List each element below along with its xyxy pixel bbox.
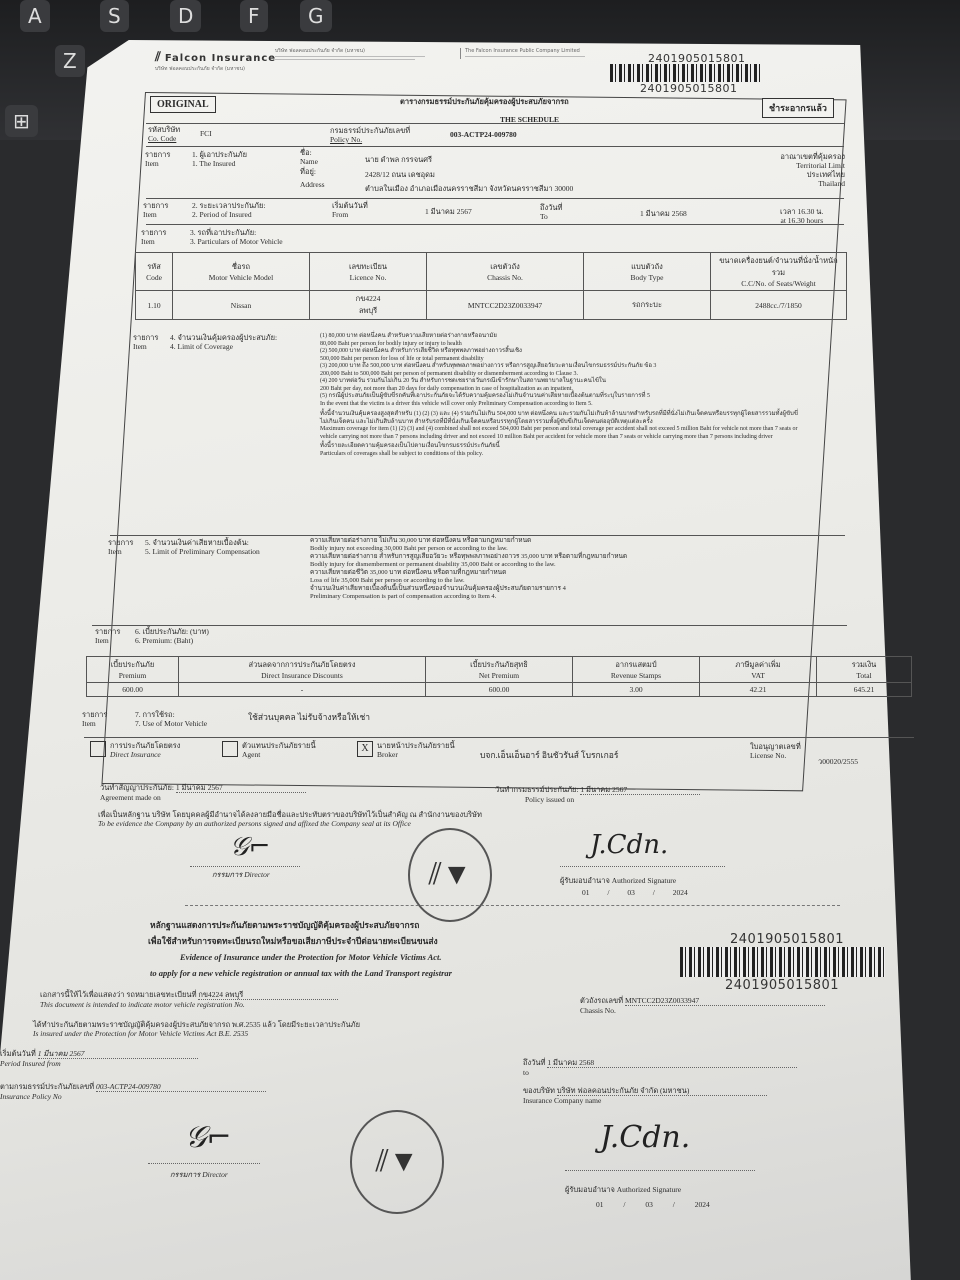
insured-label-th: 1. ผู้เอาประกันภัย <box>192 150 247 159</box>
co-code-label-en: Co. Code <box>148 134 180 143</box>
schedule-title-thai: ตารางกรมธรรม์ประกันภัยคุ้มครองผู้ประสบภั… <box>400 97 569 106</box>
item-label-en: Item <box>133 342 158 351</box>
insured-label-en: 1. The Insured <box>192 159 247 168</box>
period-time: เวลา 16.30 น. at 16.30 hours <box>780 207 823 225</box>
col-th: รหัส <box>139 261 169 273</box>
policy-no-label-th: กรมธรรม์ประกันภัยเลขที่ <box>330 126 410 135</box>
company-address-thai: บริษัท ฟอลคอนประกันภัย จำกัด (มหาชน) <box>275 48 455 62</box>
premium-label-en: 6. Premium: (Baht) <box>135 636 209 645</box>
col-th: อากรแสตมป์ <box>576 659 696 671</box>
coverage-line-th: (5) กรณีผู้ประสบภัยเป็นผู้ขับขี่รถคันที่… <box>320 393 800 401</box>
sig-day: 01 <box>596 1200 604 1209</box>
col-en: Total <box>820 671 908 680</box>
director-signature-2: 𝒢⌐ <box>185 1120 232 1155</box>
coverage-max-th: ทั้งนี้จำนวนเงินคุ้มครองสูงสุดสำหรับ (1)… <box>320 411 800 426</box>
cert-policy-th: ตามกรมธรรม์ประกันภัยเลขที่ <box>0 1082 94 1091</box>
preliminary-line: ความเสียหายต่อชีวิต 35,000 บาท ต่อหนึ่งค… <box>310 569 830 585</box>
territory-value-en: Thailand <box>760 179 845 188</box>
period-to: ถึงวันที่ 1 มีนาคม 2568 to <box>523 1058 797 1077</box>
col-th: รวมเงิน <box>820 659 908 671</box>
address-label-en: Address <box>300 180 325 189</box>
item-label-th: รายการ <box>141 228 166 237</box>
certificate-title-en-1: Evidence of Insurance under the Protecti… <box>180 952 442 963</box>
col-en: Revenue Stamps <box>576 671 696 680</box>
preliminary-line-th: จำนวนเงินค่าเสียหายเบื้องต้นนี้เป็นส่วนห… <box>310 585 830 593</box>
col-en: Direct Insurance Discounts <box>182 671 422 680</box>
co-code-label: รหัสบริษัท Co. Code <box>148 125 180 143</box>
cert-policy-value: 003-ACTP24-009780 <box>96 1082 266 1092</box>
agreement-date-value: 1 มีนาคม 2567 <box>176 783 306 793</box>
sig-year: 2024 <box>673 888 688 897</box>
chassis-value: MNTCC2D23Z0033947 <box>625 996 825 1006</box>
reg-label-th: เอกสารนี้ให้ไว้เพื่อแสดงว่า รถหมายเลขทะเ… <box>40 990 197 999</box>
coverage-note-th: ทั้งนี้รายละเอียดความคุ้มครองเป็นไปตามเง… <box>320 443 800 451</box>
sig-year: 2024 <box>695 1200 710 1209</box>
issued-date: วันทำกรมธรรม์ประกันภัย: 1 มีนาคม 2567 Po… <box>495 785 700 804</box>
item-7-label: รายการ Item <box>82 710 107 728</box>
preliminary-line-en: Loss of life 35,000 Baht per person or a… <box>310 577 830 585</box>
vat-value: 42.21 <box>700 683 817 697</box>
premium-table: เบี้ยประกันภัยPremium ส่วนลดจากการประกัน… <box>86 656 912 697</box>
item-label-en: Item <box>141 237 166 246</box>
license-no: ว00020/2555 <box>818 757 858 766</box>
col-en: Premium <box>90 671 175 680</box>
cert-to-en: to <box>523 1068 797 1077</box>
col-en: Licence No. <box>313 273 423 282</box>
total-value: 645.21 <box>817 683 912 697</box>
item-label-en: Item <box>82 719 107 728</box>
vehicle-label-th: 3. รถที่เอาประกันภัย: <box>190 228 283 237</box>
agent-th: ตัวแทนประกันภัยรายนี้ <box>242 741 316 750</box>
stamp-duty-paid-box: ชำระอากรแล้ว <box>762 98 834 118</box>
coverage-line: (4) 200 บาทต่อวัน รวมกันไม่เกิน 20 วัน ส… <box>320 378 800 393</box>
use-label-th: 7. การใช้รถ: <box>135 710 207 719</box>
coverage-line-en: 500,000 Baht per person for loss of life… <box>320 356 800 364</box>
certificate-barcode <box>680 947 885 977</box>
channel-agent: ตัวแทนประกันภัยรายนี้Agent <box>222 741 316 759</box>
item-label-en: Item <box>143 210 168 219</box>
col-th: เบี้ยประกันภัยสุทธิ <box>429 659 569 671</box>
director-label: กรรมการ Director <box>212 870 270 879</box>
period-from: เริ่มต้นวันที่ 1 มีนาคม 2567 Period Insu… <box>0 1049 198 1068</box>
insured-name: นาย ดำพล กรรจนศรี <box>365 155 432 164</box>
vehicle-table-header: รหัสCode ชื่อรถMotor Vehicle Model เลขทะ… <box>136 253 847 291</box>
channel-broker: X นายหน้าประกันภัยรายนี้Broker <box>357 741 455 759</box>
evidence-th: เพื่อเป็นหลักฐาน บริษัท โดยบุคคลผู้มีอำน… <box>98 810 698 819</box>
reg-value: กข4224 ลพบุรี <box>198 990 338 1000</box>
col-th: ชื่อรถ <box>176 261 306 273</box>
cert-policy-no: ตามกรมธรรม์ประกันภัยเลขที่ 003-ACTP24-00… <box>0 1082 266 1101</box>
item-label-en: Item <box>108 547 133 556</box>
preliminary-line-th: ความเสียหายต่อร่างกาย ไม่เกิน 30,000 บาท… <box>310 537 830 545</box>
item-label-th: รายการ <box>82 710 107 719</box>
certificate-title-en-2: to apply for a new vehicle registration … <box>150 968 452 979</box>
period-label: 2. ระยะเวลาประกันภัย: 2. Period of Insur… <box>192 201 265 219</box>
address-placeholder <box>275 56 425 57</box>
coverage-line-th: (3) 200,000 บาท ถึง 500,000 บาท ต่อหนึ่ง… <box>320 363 800 371</box>
item-label-th: รายการ <box>133 333 158 342</box>
name-label-en: Name <box>300 157 318 166</box>
cert-company-value: บริษัท ฟอลคอนประกันภัย จำกัด (มหาชน) <box>557 1086 767 1096</box>
chassis-no: ตัวถังรถเลขที่ MNTCC2D23Z0033947 Chassis… <box>580 996 825 1015</box>
coverage-max-en: Maximum coverage for item (1) (2) (3) an… <box>320 426 800 441</box>
cert-to-date: 1 มีนาคม 2568 <box>547 1058 797 1068</box>
insured-statement-th: ได้ทำประกันภัยตามพระราชบัญญัติคุ้มครองผู… <box>33 1020 553 1029</box>
territory-label-en: Territorial Limit <box>760 161 845 170</box>
period-label-en: 2. Period of Insured <box>192 210 265 219</box>
signature-date-2: 01 / 03 / 2024 <box>596 1200 710 1209</box>
licence-plate: กข4224 <box>313 293 423 305</box>
co-code-label-th: รหัสบริษัท <box>148 125 180 134</box>
preliminary-label: 5. จำนวนเงินค่าเสียหายเบื้องต้น: 5. Limi… <box>145 538 260 556</box>
preliminary-line-en: Bodily injury not exceeding 30,000 Baht … <box>310 545 830 553</box>
agent-checkbox[interactable] <box>222 741 238 757</box>
period-label-th: 2. ระยะเวลาประกันภัย: <box>192 201 265 210</box>
policy-no-label-en: Policy No. <box>330 135 410 144</box>
col-stamps: อากรแสตมป์Revenue Stamps <box>573 657 700 683</box>
item-4-label: รายการ Item <box>133 333 158 351</box>
license-label-en: License No. <box>750 751 801 760</box>
direct-insurance-checkbox[interactable] <box>90 741 106 757</box>
agreement-date: วันทำสัญญาประกันภัย: 1 มีนาคม 2567 Agree… <box>100 783 306 802</box>
authorized-signature-2: J.Cdn. <box>600 1120 690 1155</box>
use-value: ใช้ส่วนบุคคล ไม่รับจ้างหรือให้เช่า <box>248 712 370 723</box>
certificate-title-th-2: เพื่อใช้สำหรับการจดทะเบียนรถใหม่หรือขอเส… <box>148 936 438 947</box>
coverage-line-th: (2) 500,000 บาท ต่อหนึ่งคน สำหรับการเสีย… <box>320 348 800 356</box>
use-label: 7. การใช้รถ: 7. Use of Motor Vehicle <box>135 710 207 728</box>
insured-statement-en: Is insured under the Protection for Moto… <box>33 1029 553 1038</box>
item-1-label: รายการ Item <box>145 150 170 168</box>
vehicle-label-en: 3. Particulars of Motor Vehicle <box>190 237 283 246</box>
direct-th: การประกันภัยโดยตรง <box>110 741 180 750</box>
coverage-label-th: 4. จำนวนเงินคุ้มครองผู้ประสบภัย: <box>170 333 277 342</box>
col-code: รหัสCode <box>136 253 173 291</box>
chassis-label-th: ตัวถังรถเลขที่ <box>580 996 623 1005</box>
premium-table-header: เบี้ยประกันภัยPremium ส่วนลดจากการประกัน… <box>87 657 912 683</box>
coverage-line: (2) 500,000 บาท ต่อหนึ่งคน สำหรับการเสีย… <box>320 348 800 363</box>
col-model: ชื่อรถMotor Vehicle Model <box>173 253 310 291</box>
certificate-barcode-number-bottom: 2401905015801 <box>725 978 839 993</box>
col-body-type: แบบตัวถังBody Type <box>584 253 711 291</box>
licence-province: ลพบุรี <box>313 305 423 317</box>
premium-value: 600.00 <box>87 683 179 697</box>
net-premium-value: 600.00 <box>426 683 573 697</box>
issued-label-en: Policy issued on <box>495 795 700 804</box>
coverage-line-en: 200 Baht per day, not more than 20 days … <box>320 386 800 394</box>
co-code-value: FCI <box>200 129 212 138</box>
col-th: ขนาดเครื่องยนต์/จำนวนที่นั่ง/น้ำหนักรวม <box>714 255 843 279</box>
broker-checkbox[interactable]: X <box>357 741 373 757</box>
territory-label-th: อาณาเขตที่คุ้มครอง <box>760 152 845 161</box>
col-chassis: เลขตัวถังChassis No. <box>427 253 584 291</box>
insurance-document: ⫽ Falcon Insurance บริษัท ฟอลคอนประกันภั… <box>0 0 960 1280</box>
broker-en: Broker <box>377 750 455 759</box>
company-name-en: The Falcon Insurance Public Company Limi… <box>465 48 605 54</box>
discount-value: - <box>179 683 426 697</box>
territory-value-th: ประเทศไทย <box>760 170 845 179</box>
cert-from-date: 1 มีนาคม 2567 <box>38 1049 198 1059</box>
insured-statement: ได้ทำประกันภัยตามพระราชบัญญัติคุ้มครองผู… <box>33 1020 553 1038</box>
preliminary-details: ความเสียหายต่อร่างกาย ไม่เกิน 30,000 บาท… <box>310 537 830 601</box>
agreement-label-th: วันทำสัญญาประกันภัย: <box>100 783 174 792</box>
col-th: ภาษีมูลค่าเพิ่ม <box>703 659 813 671</box>
preliminary-line: ความเสียหายต่อร่างกาย สำหรับการสูญเสียอว… <box>310 553 830 569</box>
address-label: ที่อยู่: Address <box>300 167 325 189</box>
coverage-details: (1) 80,000 บาท ต่อหนึ่งคน สำหรับความเสีย… <box>320 333 800 458</box>
chassis-label-en: Chassis No. <box>580 1006 825 1015</box>
vehicle-licence: กข4224ลพบุรี <box>310 291 427 320</box>
direct-en: Direct Insurance <box>110 750 180 759</box>
cert-from-en: Period Insured from <box>0 1059 198 1068</box>
cert-policy-en: Insurance Policy No <box>0 1092 266 1101</box>
period-to-date: 1 มีนาคม 2568 <box>640 209 687 218</box>
authorized-label: ผู้รับมอบอำนาจ Authorized Signature <box>560 876 676 885</box>
from-label: เริ่มต้นวันที่ From <box>332 201 368 219</box>
col-en: Body Type <box>587 273 707 282</box>
vehicle-body-type: รถกระบะ <box>584 291 711 320</box>
col-net-premium: เบี้ยประกันภัยสุทธิNet Premium <box>426 657 573 683</box>
cert-from-th: เริ่มต้นวันที่ <box>0 1049 36 1058</box>
channel-direct: การประกันภัยโดยตรงDirect Insurance <box>90 741 180 759</box>
certificate-title-th-1: หลักฐานแสดงการประกันภัยตามพระราชบัญญัติค… <box>150 920 419 931</box>
preliminary-line-en: Preliminary Compensation is part of comp… <box>310 593 830 601</box>
preliminary-line-en: Bodily injury for dismemberment or perma… <box>310 561 830 569</box>
evidence-en: To be evidence the Company by an authori… <box>98 819 698 828</box>
col-licence: เลขทะเบียนLicence No. <box>310 253 427 291</box>
item-6-label: รายการ Item <box>95 627 120 645</box>
company-logo: ⫽ Falcon Insurance บริษัท ฟอลคอนประกันภั… <box>155 48 276 72</box>
license: ใบอนุญาตเลขที่ License No. <box>750 742 801 760</box>
sig-month: 03 <box>627 888 635 897</box>
preliminary-label-en: 5. Limit of Preliminary Compensation <box>145 547 260 556</box>
policy-no-label: กรมธรรม์ประกันภัยเลขที่ Policy No. <box>330 126 410 144</box>
col-th: แบบตัวถัง <box>587 261 707 273</box>
coverage-label: 4. จำนวนเงินคุ้มครองผู้ประสบภัย: 4. Limi… <box>170 333 277 351</box>
sig-day: 01 <box>582 888 590 897</box>
col-total: รวมเงินTotal <box>817 657 912 683</box>
col-en: C.C/No. of Seats/Weight <box>714 279 843 288</box>
issued-date-value: 1 มีนาคม 2567 <box>580 785 700 795</box>
agent-en: Agent <box>242 750 316 759</box>
item-5-label: รายการ Item <box>108 538 133 556</box>
company-seal-icon: ⫽▼ <box>408 828 492 922</box>
issued-label-th: วันทำกรมธรรม์ประกันภัย: <box>495 785 579 794</box>
col-cc: ขนาดเครื่องยนต์/จำนวนที่นั่ง/น้ำหนักรวมC… <box>711 253 847 291</box>
broker-th: นายหน้าประกันภัยรายนี้ <box>377 741 455 750</box>
coverage-line: (3) 200,000 บาท ถึง 500,000 บาท ต่อหนึ่ง… <box>320 363 800 378</box>
stamps-value: 3.00 <box>573 683 700 697</box>
agreement-label-en: Agreement made on <box>100 793 306 802</box>
coverage-note-en: Particulars of coverages shall be subjec… <box>320 451 800 459</box>
company-name-thai: บริษัท ฟอลคอนประกันภัย จำกัด (มหาชน) <box>155 66 276 72</box>
item-label-th: รายการ <box>108 538 133 547</box>
vehicle-label: 3. รถที่เอาประกันภัย: 3. Particulars of … <box>190 228 283 246</box>
name-label-th: ชื่อ: <box>300 148 318 157</box>
from-label-en: From <box>332 210 368 219</box>
item-label-th: รายการ <box>143 201 168 210</box>
company-name-thai-small: บริษัท ฟอลคอนประกันภัย จำกัด (มหาชน) <box>275 48 455 54</box>
coverage-line-th: (1) 80,000 บาท ต่อหนึ่งคน สำหรับความเสีย… <box>320 333 800 341</box>
policy-no-value: 003-ACTP24-009780 <box>450 130 517 139</box>
coverage-label-en: 4. Limit of Coverage <box>170 342 277 351</box>
license-label-th: ใบอนุญาตเลขที่ <box>750 742 801 751</box>
col-th: เลขตัวถัง <box>430 261 580 273</box>
original-label: ORIGINAL <box>150 96 216 113</box>
period-from-date: 1 มีนาคม 2567 <box>425 207 472 216</box>
insured-address-line2: ตำบลในเมือง อำเภอเมืองนครราชสีมา จังหวัด… <box>365 184 573 193</box>
item-2-label: รายการ Item <box>143 201 168 219</box>
col-en: Code <box>139 273 169 282</box>
coverage-line-th: (4) 200 บาทต่อวัน รวมกันไม่เกิน 20 วัน ส… <box>320 378 800 386</box>
coverage-line-en: 80,000 Baht per person for bodily injury… <box>320 341 800 349</box>
certificate-barcode-number-top: 2401905015801 <box>730 932 844 947</box>
insurance-company: ของบริษัท บริษัท ฟอลคอนประกันภัย จำกัด (… <box>523 1086 767 1105</box>
use-label-en: 7. Use of Motor Vehicle <box>135 719 207 728</box>
sig-month: 03 <box>645 1200 653 1209</box>
vehicle-table: รหัสCode ชื่อรถMotor Vehicle Model เลขทะ… <box>135 252 847 320</box>
col-vat: ภาษีมูลค่าเพิ่มVAT <box>700 657 817 683</box>
col-th: ส่วนลดจากการประกันภัยโดยตรง <box>182 659 422 671</box>
director-label-2: กรรมการ Director <box>170 1170 228 1179</box>
company-address-en: The Falcon Insurance Public Company Limi… <box>460 48 605 59</box>
item-3-label: รายการ Item <box>141 228 166 246</box>
cert-to-th: ถึงวันที่ <box>523 1058 546 1067</box>
item-label-en: Item <box>145 159 170 168</box>
premium-label-th: 6. เบี้ยประกันภัย: (บาท) <box>135 627 209 636</box>
barcode <box>610 64 760 82</box>
preliminary-line: จำนวนเงินค่าเสียหายเบื้องต้นนี้เป็นส่วนห… <box>310 585 830 601</box>
premium-label: 6. เบี้ยประกันภัย: (บาท) 6. Premium: (Ba… <box>135 627 209 645</box>
col-th: เบี้ยประกันภัย <box>90 659 175 671</box>
signature-line <box>148 1163 260 1164</box>
evidence-statement: เพื่อเป็นหลักฐาน บริษัท โดยบุคคลผู้มีอำน… <box>98 810 698 828</box>
to-label: ถึงวันที่ To <box>540 203 563 221</box>
name-label: ชื่อ: Name <box>300 148 318 166</box>
item-label-th: รายการ <box>95 627 120 636</box>
col-en: VAT <box>703 671 813 680</box>
tear-line <box>185 905 840 906</box>
coverage-line: (1) 80,000 บาท ต่อหนึ่งคน สำหรับความเสีย… <box>320 333 800 348</box>
signature-line <box>565 1170 755 1171</box>
vehicle-chassis: MNTCC2D23Z0033947 <box>427 291 584 320</box>
registration-no: เอกสารนี้ให้ไว้เพื่อแสดงว่า รถหมายเลขทะเ… <box>40 990 338 1009</box>
cert-company-th: ของบริษัท <box>523 1086 555 1095</box>
preliminary-line-th: ความเสียหายต่อชีวิต 35,000 บาท ต่อหนึ่งค… <box>310 569 830 577</box>
authorized-signature: J.Cdn. <box>590 830 668 860</box>
item-label-th: รายการ <box>145 150 170 159</box>
signature-date: 01 / 03 / 2024 <box>582 888 688 897</box>
time-th: เวลา 16.30 น. <box>780 207 823 216</box>
premium-table-row: 600.00 - 600.00 3.00 42.21 645.21 <box>87 683 912 697</box>
falcon-logo-icon: ⫽ <box>155 49 161 64</box>
reg-label-en: This document is intended to indicate mo… <box>40 1000 338 1009</box>
company-seal-icon-2: ⫽▼ <box>350 1110 444 1214</box>
address-placeholder <box>275 59 415 60</box>
col-th: เลขทะเบียน <box>313 261 423 273</box>
insured-address-line1: 2428/12 ถนน เดชอุดม <box>365 170 435 179</box>
cert-company-en: Insurance Company name <box>523 1096 767 1105</box>
from-label-th: เริ่มต้นวันที่ <box>332 201 368 210</box>
preliminary-line-th: ความเสียหายต่อร่างกาย สำหรับการสูญเสียอว… <box>310 553 830 561</box>
vehicle-cc-seats-weight: 2488cc./7/1850 <box>711 291 847 320</box>
to-label-en: To <box>540 212 563 221</box>
preliminary-label-th: 5. จำนวนเงินค่าเสียหายเบื้องต้น: <box>145 538 260 547</box>
col-discount: ส่วนลดจากการประกันภัยโดยตรงDirect Insura… <box>179 657 426 683</box>
vehicle-code: 1.10 <box>136 291 173 320</box>
signature-line <box>190 866 300 867</box>
col-en: Net Premium <box>429 671 569 680</box>
address-label-th: ที่อยู่: <box>300 167 325 176</box>
to-label-th: ถึงวันที่ <box>540 203 563 212</box>
address-placeholder <box>465 56 585 57</box>
col-en: Motor Vehicle Model <box>176 273 306 282</box>
item-label-en: Item <box>95 636 120 645</box>
authorized-label-2: ผู้รับมอบอำนาจ Authorized Signature <box>565 1185 681 1194</box>
territorial-limit: อาณาเขตที่คุ้มครอง Territorial Limit ประ… <box>760 152 845 188</box>
coverage-line-en: In the event that the victim is a driver… <box>320 401 800 409</box>
vehicle-model: Nissan <box>173 291 310 320</box>
signature-line <box>560 866 725 867</box>
insured-label: 1. ผู้เอาประกันภัย 1. The Insured <box>192 150 247 168</box>
coverage-line: (5) กรณีผู้ประสบภัยเป็นผู้ขับขี่รถคันที่… <box>320 393 800 408</box>
company-brand: Falcon Insurance <box>165 53 276 64</box>
vehicle-table-row: 1.10 Nissan กข4224ลพบุรี MNTCC2D23Z00339… <box>136 291 847 320</box>
director-signature: 𝒢⌐ <box>230 832 270 863</box>
barcode-number-bottom: 2401905015801 <box>640 82 737 95</box>
broker-name: บจก.เอ็นเอ็นอาร์ อินชัวรันส์ โบรกเกอร์ <box>480 750 618 761</box>
col-en: Chassis No. <box>430 273 580 282</box>
col-premium: เบี้ยประกันภัยPremium <box>87 657 179 683</box>
preliminary-line: ความเสียหายต่อร่างกาย ไม่เกิน 30,000 บาท… <box>310 537 830 553</box>
coverage-line-en: 200,000 Baht to 500,000 Baht per person … <box>320 371 800 379</box>
